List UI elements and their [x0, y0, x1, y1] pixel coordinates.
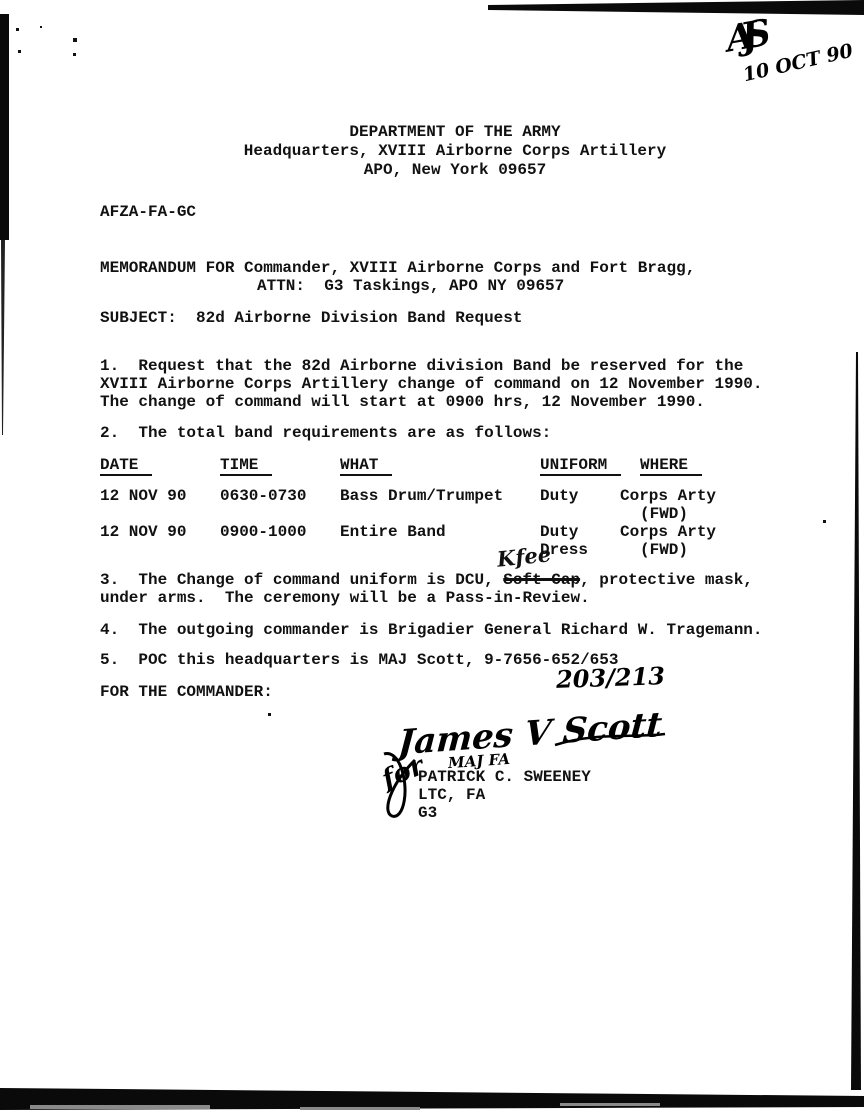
cell-where: Corps Arty	[620, 523, 716, 542]
cell-where-2: (FWD)	[640, 505, 688, 524]
col-header-where: WHERE	[640, 456, 702, 475]
col-header-time: TIME	[220, 456, 272, 475]
cell-uniform: Duty	[540, 523, 578, 542]
letterhead-headquarters: Headquarters, XVIII Airborne Corps Artil…	[46, 142, 864, 161]
attn-line: ATTN: G3 Taskings, APO NY 09657	[257, 277, 564, 296]
signer-rank: LTC, FA	[418, 786, 485, 805]
letterhead-apo: APO, New York 09657	[46, 161, 864, 180]
para-1-line-2: XVIII Airborne Corps Artillery change of…	[100, 375, 763, 394]
para-3-line-1: 3. The Change of command uniform is DCU,…	[100, 571, 753, 590]
handwritten-initials: AJS	[723, 14, 762, 61]
cell-time: 0630-0730	[220, 487, 306, 506]
para-2: 2. The total band requirements are as fo…	[100, 424, 551, 443]
cell-date: 12 NOV 90	[100, 523, 186, 542]
struck-text-wrap: Soft CapKfee	[503, 571, 580, 590]
para-5: 5. POC this headquarters is MAJ Scott, 9…	[100, 651, 618, 670]
signer-name: PATRICK C. SWEENEY	[418, 768, 591, 787]
handwritten-correction: Kfee	[496, 544, 552, 569]
letterhead: DEPARTMENT OF THE ARMY Headquarters, XVI…	[46, 123, 864, 180]
para-3-prefix: 3. The Change of command uniform is DCU,	[100, 571, 503, 589]
handwritten-signature: James V Scott	[397, 705, 663, 764]
cell-what: Bass Drum/Trumpet	[340, 487, 503, 506]
para-3-suffix: , protective mask,	[580, 571, 753, 589]
memo-for-line: MEMORANDUM FOR Commander, XVIII Airborne…	[100, 259, 695, 278]
col-header-uniform: UNIFORM	[540, 456, 621, 475]
cell-what: Entire Band	[340, 523, 446, 542]
office-symbol: AFZA-FA-GC	[100, 203, 196, 222]
subject-line: SUBJECT: 82d Airborne Division Band Requ…	[100, 309, 522, 328]
cell-time: 0900-1000	[220, 523, 306, 542]
para-4: 4. The outgoing commander is Brigadier G…	[100, 621, 763, 640]
handwritten-phone: 203/213	[556, 661, 666, 694]
memo-page: AJS 10 OCT 90 DEPARTMENT OF THE ARMY Hea…	[0, 0, 864, 1112]
cell-where-2: (FWD)	[640, 541, 688, 560]
para-1-line-3: The change of command will start at 0900…	[100, 393, 705, 412]
cell-date: 12 NOV 90	[100, 487, 186, 506]
closing-line: FOR THE COMMANDER:	[100, 683, 273, 702]
cell-where: Corps Arty	[620, 487, 716, 506]
cell-uniform: Duty	[540, 487, 578, 506]
struck-text: Soft Cap	[503, 571, 580, 589]
col-header-what: WHAT	[340, 456, 392, 475]
col-header-date: DATE	[100, 456, 152, 475]
signer-office: G3	[418, 804, 437, 823]
para-3-line-2: under arms. The ceremony will be a Pass-…	[100, 589, 590, 608]
letterhead-department: DEPARTMENT OF THE ARMY	[46, 123, 864, 142]
para-1-line-1: 1. Request that the 82d Airborne divisio…	[100, 357, 743, 376]
